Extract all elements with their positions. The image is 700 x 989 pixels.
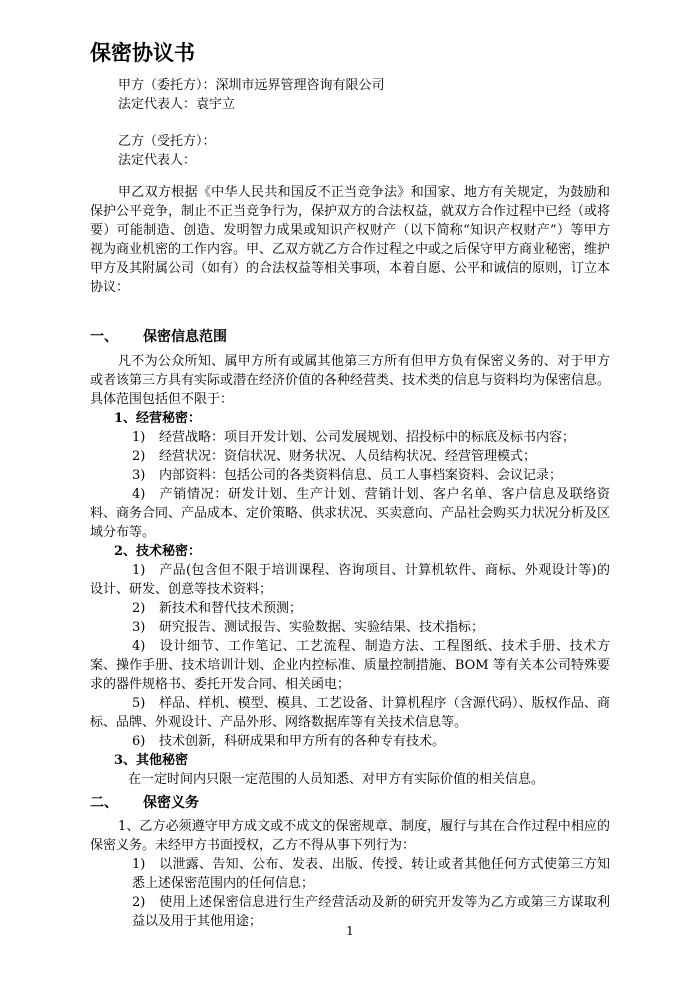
business-secret-item: 3)内部资料：包括公司的各类资料信息、员工人事档案资料、会议记录； [90,466,610,485]
item-number: 1) [132,561,159,580]
item-text: 经营战略：项目开发计划、公司发展规划、招投标中的标底及标书内容； [159,430,575,445]
party-a-representative: 法定代表人：袁宇立 [90,95,610,114]
technical-secret-item: 4)设计细节、工作笔记、工艺流程、制造方法、工程图纸、技术手册、技术方案、操作手… [90,637,610,694]
item-text: 产销情况：研发计划、生产计划、营销计划、客户名单、客户信息及联络资料、商务合同、… [90,487,610,540]
subsection-3-title: 3、其他秘密 [90,751,610,770]
subsection-2-title: 2、技术秘密： [90,542,610,561]
item-number: 1) [132,428,159,447]
section-2-lead: 1、乙方必须遵守甲方成文或不成文的保密规章、制度，履行与其在合作过程中相应的保密… [90,817,610,855]
item-text: 以泄露、告知、公布、发表、出版、传授、转让或者其他任何方式使第三方知悉上述保密范… [132,857,610,891]
obligation-item: 1)以泄露、告知、公布、发表、出版、传授、转让或者其他任何方式使第三方知悉上述保… [90,855,610,893]
item-number: 1) [132,855,159,874]
section-1-intro: 凡不为公众所知、属甲方所有或属其他第三方所有但甲方负有保密义务的、对于甲方或者该… [90,352,610,409]
item-number: 6) [132,732,159,751]
page-number: 1 [0,922,700,941]
item-text: 技术创新，科研成果和甲方所有的各种专有技术。 [159,734,445,749]
item-number: 2) [132,447,159,466]
blank-line [90,114,610,132]
item-text: 研究报告、测试报告、实验数据、实验结果、技术指标； [159,620,484,635]
document-title: 保密协议书 [90,40,610,66]
item-text: 设计细节、工作笔记、工艺流程、制造方法、工程图纸、技术手册、技术方案、操作手册、… [90,639,610,692]
technical-secret-item: 1)产品(包含但不限于培训课程、咨询项目、计算机软件、商标、外观设计等)的设计、… [90,561,610,599]
technical-secret-item: 6)技术创新，科研成果和甲方所有的各种专有技术。 [90,732,610,751]
item-number: 3) [132,618,159,637]
item-number: 2) [132,599,159,618]
technical-secret-item: 2)新技术和替代技术预测； [90,599,610,618]
item-number: 5) [132,694,159,713]
section-1-heading: 一、保密信息范围 [90,327,610,347]
item-text: 内部资料：包括公司的各类资料信息、员工人事档案资料、会议记录； [159,468,562,483]
business-secret-item: 2)经营状况：资信状况、财务状况、人员结构状况、经营管理模式； [90,447,610,466]
item-text: 样品、样机、模型、模具、工艺设备、计算机程序（含源代码）、版权作品、商标、品牌、… [90,696,610,730]
item-number: 2) [132,893,159,912]
section-1-title: 保密信息范围 [143,329,227,345]
subsection-3-body: 在一定时间内只限一定范围的人员知悉、对甲方有实际价值的相关信息。 [90,770,610,789]
section-2-heading: 二、保密义务 [90,793,610,813]
subsection-1-title: 1、经营秘密： [90,409,610,428]
section-1-number: 一、 [90,327,143,347]
document-page: 保密协议书 甲方（委托方）：深圳市远界管理咨询有限公司 法定代表人：袁宇立 乙方… [0,0,700,989]
party-a-line: 甲方（委托方）：深圳市远界管理咨询有限公司 [90,76,610,95]
section-2-number: 二、 [90,793,143,813]
item-text: 经营状况：资信状况、财务状况、人员结构状况、经营管理模式； [159,449,536,464]
party-b-line: 乙方（受托方）： [90,132,610,151]
item-text: 新技术和替代技术预测； [159,601,302,616]
party-b-representative: 法定代表人： [90,151,610,170]
preamble-paragraph: 甲乙双方根据《中华人民共和国反不正当竞争法》和国家、地方有关规定，为鼓励和保护公… [90,183,610,297]
item-text: 产品(包含但不限于培训课程、咨询项目、计算机软件、商标、外观设计等)的设计、研发… [90,563,610,597]
technical-secret-item: 3)研究报告、测试报告、实验数据、实验结果、技术指标； [90,618,610,637]
business-secret-item: 1)经营战略：项目开发计划、公司发展规划、招投标中的标底及标书内容； [90,428,610,447]
business-secret-item: 4)产销情况：研发计划、生产计划、营销计划、客户名单、客户信息及联络资料、商务合… [90,485,610,542]
item-number: 3) [132,466,159,485]
item-number: 4) [132,637,159,656]
technical-secret-item: 5)样品、样机、模型、模具、工艺设备、计算机程序（含源代码）、版权作品、商标、品… [90,694,610,732]
section-2-title: 保密义务 [143,795,199,811]
item-number: 4) [132,485,159,504]
